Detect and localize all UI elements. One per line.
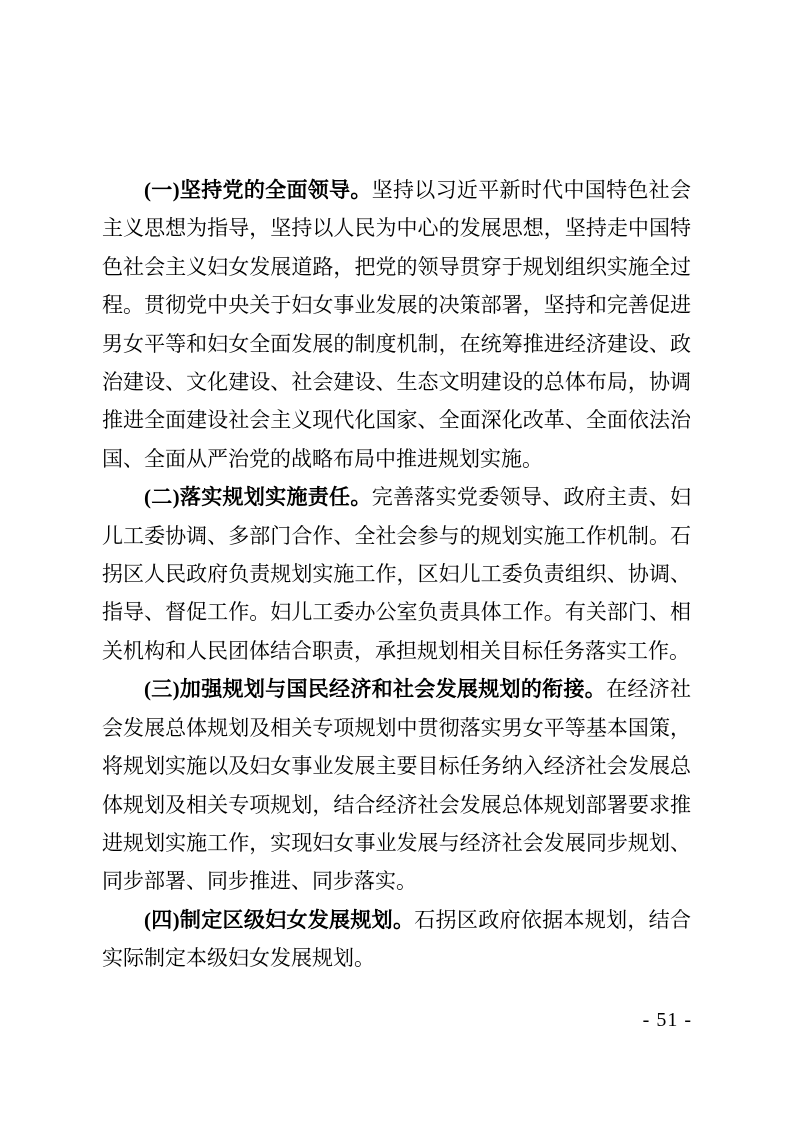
paragraph-1-text: 坚持以习近平新时代中国特色社会主义思想为指导，坚持以人民为中心的发展思想，坚持走… bbox=[102, 178, 691, 471]
paragraph-2-heading: (二)落实规划实施责任。 bbox=[144, 485, 372, 509]
paragraph-3: (三)加强规划与国民经济和社会发展规划的衔接。在经济社会发展总体规划及相关专项规… bbox=[102, 670, 691, 900]
document-page: (一)坚持党的全面领导。坚持以习近平新时代中国特色社会主义思想为指导，坚持以人民… bbox=[0, 0, 794, 1122]
paragraph-4-heading: (四)制定区级妇女发展规划。 bbox=[144, 908, 414, 932]
page-number: - 51 - bbox=[643, 1009, 692, 1032]
paragraph-4: (四)制定区级妇女发展规划。石拐区政府依据本规划，结合实际制定本级妇女发展规划。 bbox=[102, 901, 691, 978]
paragraph-3-heading: (三)加强规划与国民经济和社会发展规划的衔接。 bbox=[144, 677, 606, 701]
paragraph-1-heading: (一)坚持党的全面领导。 bbox=[144, 178, 372, 202]
paragraph-3-text: 在经济社会发展总体规划及相关专项规划中贯彻落实男女平等基本国策，将规划实施以及妇… bbox=[102, 677, 691, 893]
paragraph-1: (一)坚持党的全面领导。坚持以习近平新时代中国特色社会主义思想为指导，坚持以人民… bbox=[102, 171, 691, 478]
paragraph-2: (二)落实规划实施责任。完善落实党委领导、政府主责、妇儿工委协调、多部门合作、全… bbox=[102, 478, 691, 670]
document-body: (一)坚持党的全面领导。坚持以习近平新时代中国特色社会主义思想为指导，坚持以人民… bbox=[102, 171, 691, 978]
paragraph-2-text: 完善落实党委领导、政府主责、妇儿工委协调、多部门合作、全社会参与的规划实施工作机… bbox=[102, 485, 691, 663]
